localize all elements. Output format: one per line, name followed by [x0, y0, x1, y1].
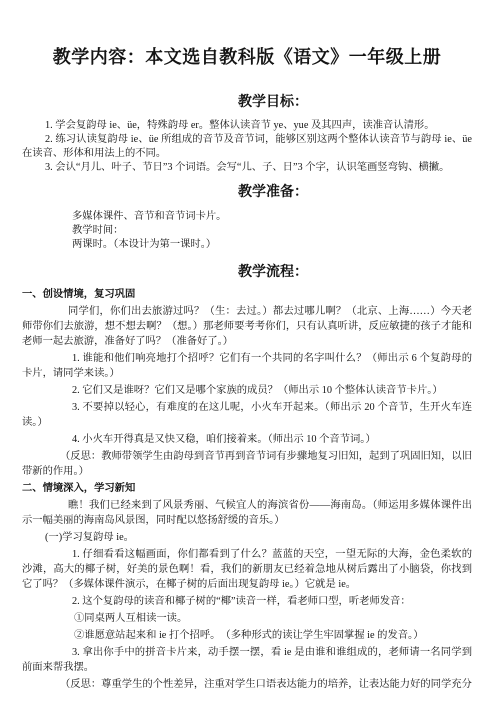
flow-paragraph: 2. 它们又是谁呀？它们又是哪个家族的成员？（师出示 10 个整体认读音节卡片。… [22, 383, 472, 398]
flow-paragraph: ②谁愿意站起来和 ie 打个招呼。 （多种形式的读让学生牢固掌握 ie 的发音。… [22, 628, 472, 643]
flow-paragraph: 3. 拿出你手中的拼音卡片来，动手摆一摆，看 ie 是由谁和谁组成的，老师请一名… [22, 645, 472, 675]
flow-paragraph: 1. 仔细看看这幅画面，你们都看到了什么？蓝蓝的天空，一望无际的大海，金色柔软的… [22, 547, 472, 592]
objectives-section: 1. 学会复韵母 ie、üe，特殊韵母 er。整体认读音节 ye、yue 及其四… [22, 119, 472, 175]
preparation-section: 多媒体课件、音节和音节词卡片。 教学时间： 两课时。（本设计为第一课时。） [22, 210, 472, 252]
objective-item: 1. 学会复韵母 ie、üe，特殊韵母 er。整体认读音节 ye、yue 及其四… [22, 119, 472, 133]
document-page: 教学内容：本文选自教科版《语文》一年级上册 教学目标： 1. 学会复韵母 ie、… [0, 0, 496, 702]
objective-item: 2. 练习认读复韵母 ie、üe 所组成的音节及音节词，能够区别这两个整体认读音… [22, 133, 472, 161]
process-section: 一、创设情境，复习巩固 同学们，你们出去旅游过吗？（生：去过。）都去过哪儿啊？（… [22, 287, 472, 692]
part2-heading: 二、情境深入，学习新知 [22, 481, 472, 496]
section-heading-process: 教学流程： [22, 265, 472, 281]
doc-title: 教学内容：本文选自教科版《语文》一年级上册 [22, 46, 472, 68]
flow-paragraph: 同学们，你们出去旅游过吗？（生：去过。）都去过哪儿啊？（北京、上海……）今天老师… [22, 304, 472, 349]
flow-paragraph: 1. 谁能和他们响亮地打个招呼？它们有一个共同的名字叫什么？（师出示 6 个复韵… [22, 351, 472, 381]
part1-heading: 一、创设情境，复习巩固 [22, 287, 472, 302]
objective-item: 3. 会认“月儿、叶子、节日”3 个词语。会写“儿、子、日”3 个字，认识笔画竖… [22, 161, 472, 175]
prep-line: 多媒体课件、音节和音节词卡片。 [22, 210, 472, 224]
flow-paragraph: 瞧！我们已经来到了风景秀丽、气候宜人的海滨省份——海南岛。（师运用多媒体课件出示… [22, 498, 472, 528]
flow-paragraph: （反思：教师带领学生由韵母到音节再到音节词有步骤地复习旧知，起到了巩固旧知，以旧… [22, 449, 472, 479]
flow-paragraph: (一)学习复韵母 ie。 [22, 530, 472, 545]
section-heading-objectives: 教学目标： [22, 95, 472, 111]
flow-paragraph: ①同桌两人互相读一读。 [22, 611, 472, 626]
section-heading-preparation: 教学准备： [22, 185, 472, 201]
flow-paragraph: 4. 小火车开得真是又快又稳，咱们接着来。（师出示 10 个音节词。） [22, 432, 472, 447]
prep-line: 两课时。（本设计为第一课时。） [22, 238, 472, 252]
flow-paragraph: （反思：尊重学生的个性差异，注重对学生口语表达能力的培养，让表达能力好的同学充分 [22, 677, 472, 692]
flow-paragraph: 2. 这个复韵母的读音和椰子树的“椰”读音一样，看老师口型，听老师发音： [22, 594, 472, 609]
prep-line: 教学时间： [22, 224, 472, 238]
flow-paragraph: 3. 不要掉以轻心，有难度的在这儿呢，小火车开起来。（师出示 20 个音节，生开… [22, 400, 472, 430]
